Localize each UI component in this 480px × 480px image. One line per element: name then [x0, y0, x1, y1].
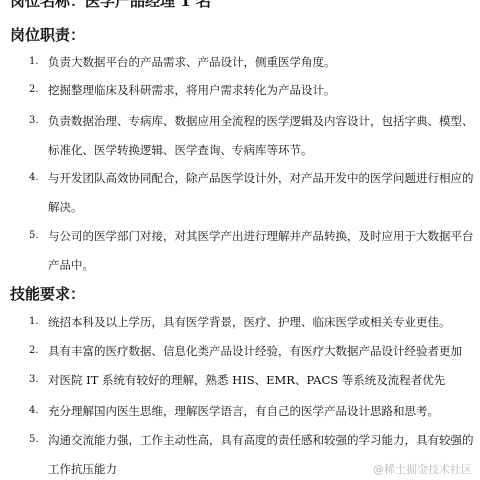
item-text-continuation: 产品中。	[48, 259, 94, 271]
item-number: 2.	[29, 345, 39, 357]
item-number: 1.	[29, 316, 39, 328]
job-title: 岗位名称：医学产品经理 1 名	[10, 0, 211, 11]
item-text-continuation: 解决。	[48, 201, 83, 213]
item-text: 对医院 IT 系统有较好的理解，熟悉 HIS、EMR、PACS 等系统及流程者优…	[48, 374, 445, 386]
item-text: 沟通交流能力强，工作主动性高，具有高度的责任感和较强的学习能力，具有较强的	[48, 434, 474, 446]
item-text: 具有丰富的医疗数据、信息化类产品设计经验，有医疗大数据产品设计经验者更加	[48, 345, 462, 357]
item-text: 负责大数据平台的产品需求、产品设计，侧重医学角度。	[48, 56, 336, 68]
item-number: 1.	[29, 56, 39, 68]
item-number: 4.	[29, 405, 39, 417]
skills-heading: 技能要求：	[10, 284, 85, 304]
item-text: 与开发团队高效协同配合，除产品医学设计外，对产品开发中的医学问题进行相应的	[48, 172, 474, 184]
item-text: 负责数据治理、专病库、数据应用全流程的医学逻辑及内容设计，包括字典、模型、	[48, 115, 474, 127]
item-number: 4.	[29, 172, 39, 184]
item-number: 2.	[29, 84, 39, 96]
item-text: 充分理解国内医生思维，理解医学语言，有自己的医学产品设计思路和思考。	[48, 405, 439, 417]
item-text: 统招本科及以上学历，具有医学背景，医疗、护理、临床医学或相关专业更佳。	[48, 316, 451, 328]
item-text: 与公司的医学部门对接，对其医学产出进行理解并产品转换，及时应用于大数据平台	[48, 230, 474, 242]
item-number: 3.	[29, 115, 39, 127]
item-text-continuation: 工作抗压能力	[48, 463, 117, 475]
responsibilities-heading: 岗位职责：	[10, 25, 85, 45]
item-text: 挖掘整理临床及科研需求，将用户需求转化为产品设计。	[48, 84, 336, 96]
item-number: 3.	[29, 374, 39, 386]
document-page: 岗位名称：医学产品经理 1 名 岗位职责： 1. 负责大数据平台的产品需求、产品…	[0, 0, 480, 480]
watermark: @稀土掘金技术社区	[373, 461, 472, 477]
item-text-continuation: 标准化、医学转换逻辑、医学查询、专病库等环节。	[48, 144, 313, 156]
item-number: 5.	[29, 434, 39, 446]
item-number: 5.	[29, 230, 39, 242]
